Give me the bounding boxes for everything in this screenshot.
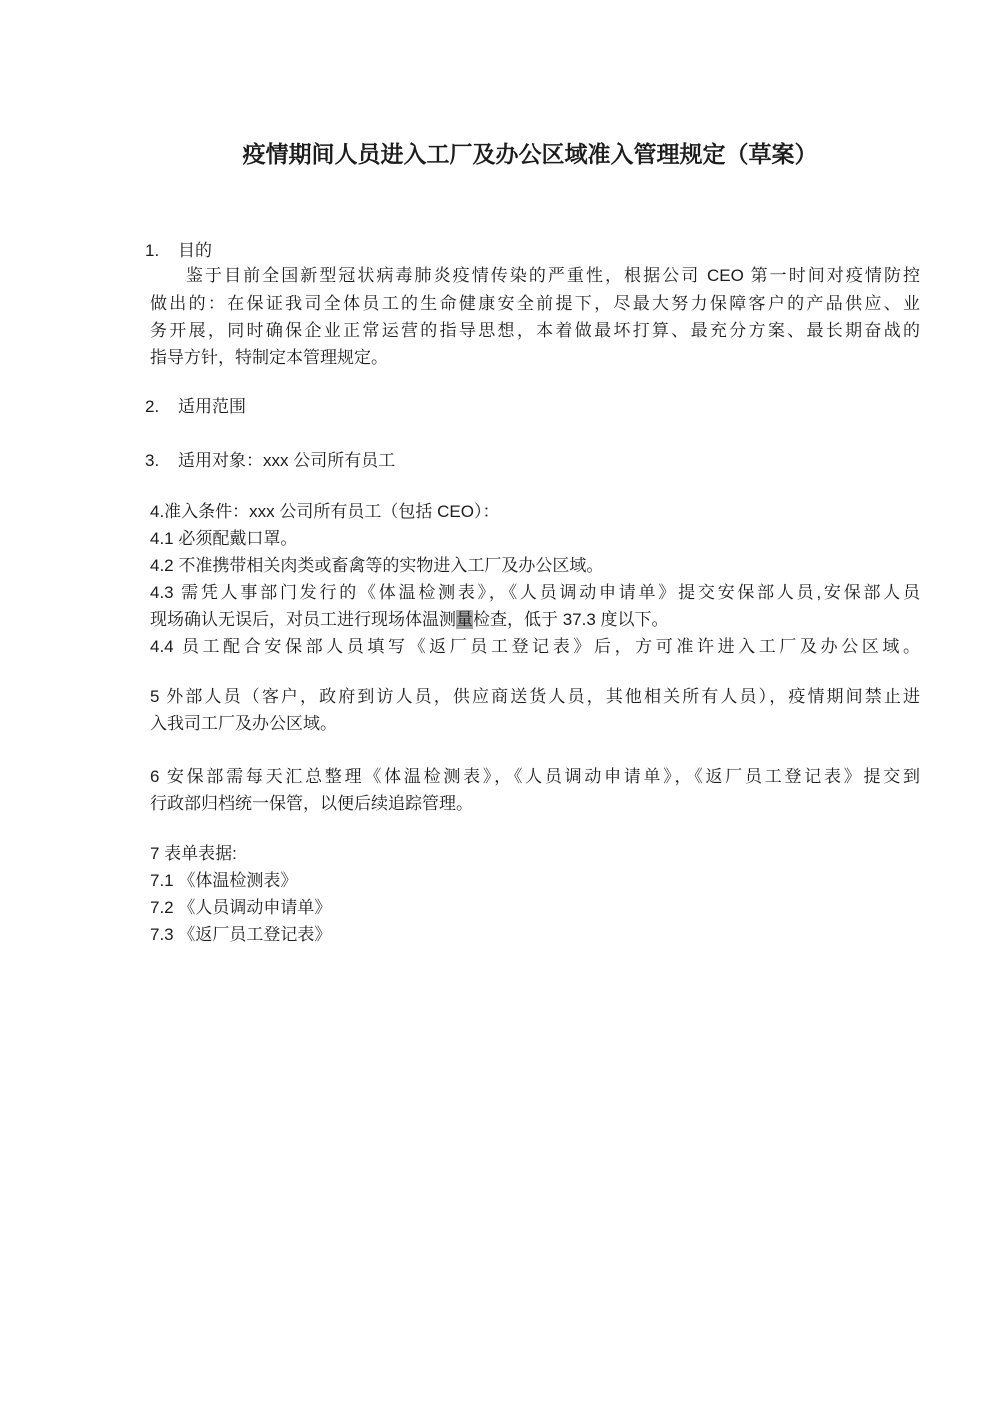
conditions-line: 4.1 必须配戴口罩。	[150, 525, 920, 552]
forms-list-line: 7.1 《体温检测表》	[150, 867, 920, 894]
document-page: 疫情期间人员进入工厂及办公区域准入管理规定（草案） 1.目的 鉴于目前全国新型冠…	[0, 0, 1000, 1415]
section-2-number: 2.	[145, 393, 178, 420]
forms-list-line: 7.2 《人员调动申请单》	[150, 894, 920, 921]
external-personnel-line: 5 外部人员（客户，政府到访人员，供应商送货人员，其他相关所有人员），疫情期间禁…	[150, 683, 920, 710]
section-3-heading: 适用对象：xxx 公司所有员工	[178, 451, 395, 470]
purpose-paragraph-line: 做出的：在保证我司全体员工的生命健康安全前提下，尽最大努力保障客户的产品供应、业	[150, 290, 920, 317]
conditions-line-with-highlight: 现场确认无误后，对员工进行现场体温测量检查，低于 37.3 度以下。	[150, 606, 920, 633]
section-3-number: 3.	[145, 447, 178, 474]
external-personnel-line: 入我司工厂及办公区域。	[150, 710, 920, 737]
conditions-line: 4.准入条件：xxx 公司所有员工（包括 CEO）：	[150, 498, 920, 525]
conditions-line: 4.4 员工配合安保部人员填写《返厂员工登记表》后，方可准许进入工厂及办公区域。	[150, 633, 920, 660]
conditions-text-before-highlight: 现场确认无误后，对员工进行现场体温测	[150, 610, 456, 629]
highlighted-character: 量	[456, 610, 473, 629]
security-dept-line: 行政部归档统一保管，以便后续追踪管理。	[150, 790, 920, 817]
section-2-heading-row: 2.适用范围	[145, 393, 246, 420]
security-dept-line: 6 安保部需每天汇总整理《体温检测表》，《人员调动申请单》，《返厂员工登记表》提…	[150, 763, 920, 790]
forms-list-line: 7.3 《返厂员工登记表》	[150, 921, 920, 948]
purpose-paragraph-line: 务开展，同时确保企业正常运营的指导思想，本着做最坏打算、最充分方案、最长期奋战的	[150, 317, 920, 344]
conditions-line: 4.3 需凭人事部门发行的《体温检测表》，《人员调动申请单》提交安保部人员,安保…	[150, 579, 920, 606]
forms-list-line: 7 表单表据:	[150, 840, 920, 867]
purpose-paragraph-line: 鉴于目前全国新型冠状病毒肺炎疫情传染的严重性，根据公司 CEO 第一时间对疫情防…	[186, 262, 920, 289]
purpose-paragraph-line: 指导方针，特制定本管理规定。	[150, 344, 920, 371]
document-title: 疫情期间人员进入工厂及办公区域准入管理规定（草案）	[145, 138, 915, 170]
section-1-number: 1.	[145, 237, 178, 264]
section-2-heading: 适用范围	[178, 397, 246, 416]
section-3-heading-row: 3.适用对象：xxx 公司所有员工	[145, 447, 395, 474]
conditions-line: 4.2 不准携带相关肉类或畜禽等的实物进入工厂及办公区域。	[150, 552, 920, 579]
section-1-heading-row: 1.目的	[145, 237, 212, 264]
section-1-heading: 目的	[178, 241, 212, 260]
conditions-text-after-highlight: 检查，低于 37.3 度以下。	[473, 610, 669, 629]
